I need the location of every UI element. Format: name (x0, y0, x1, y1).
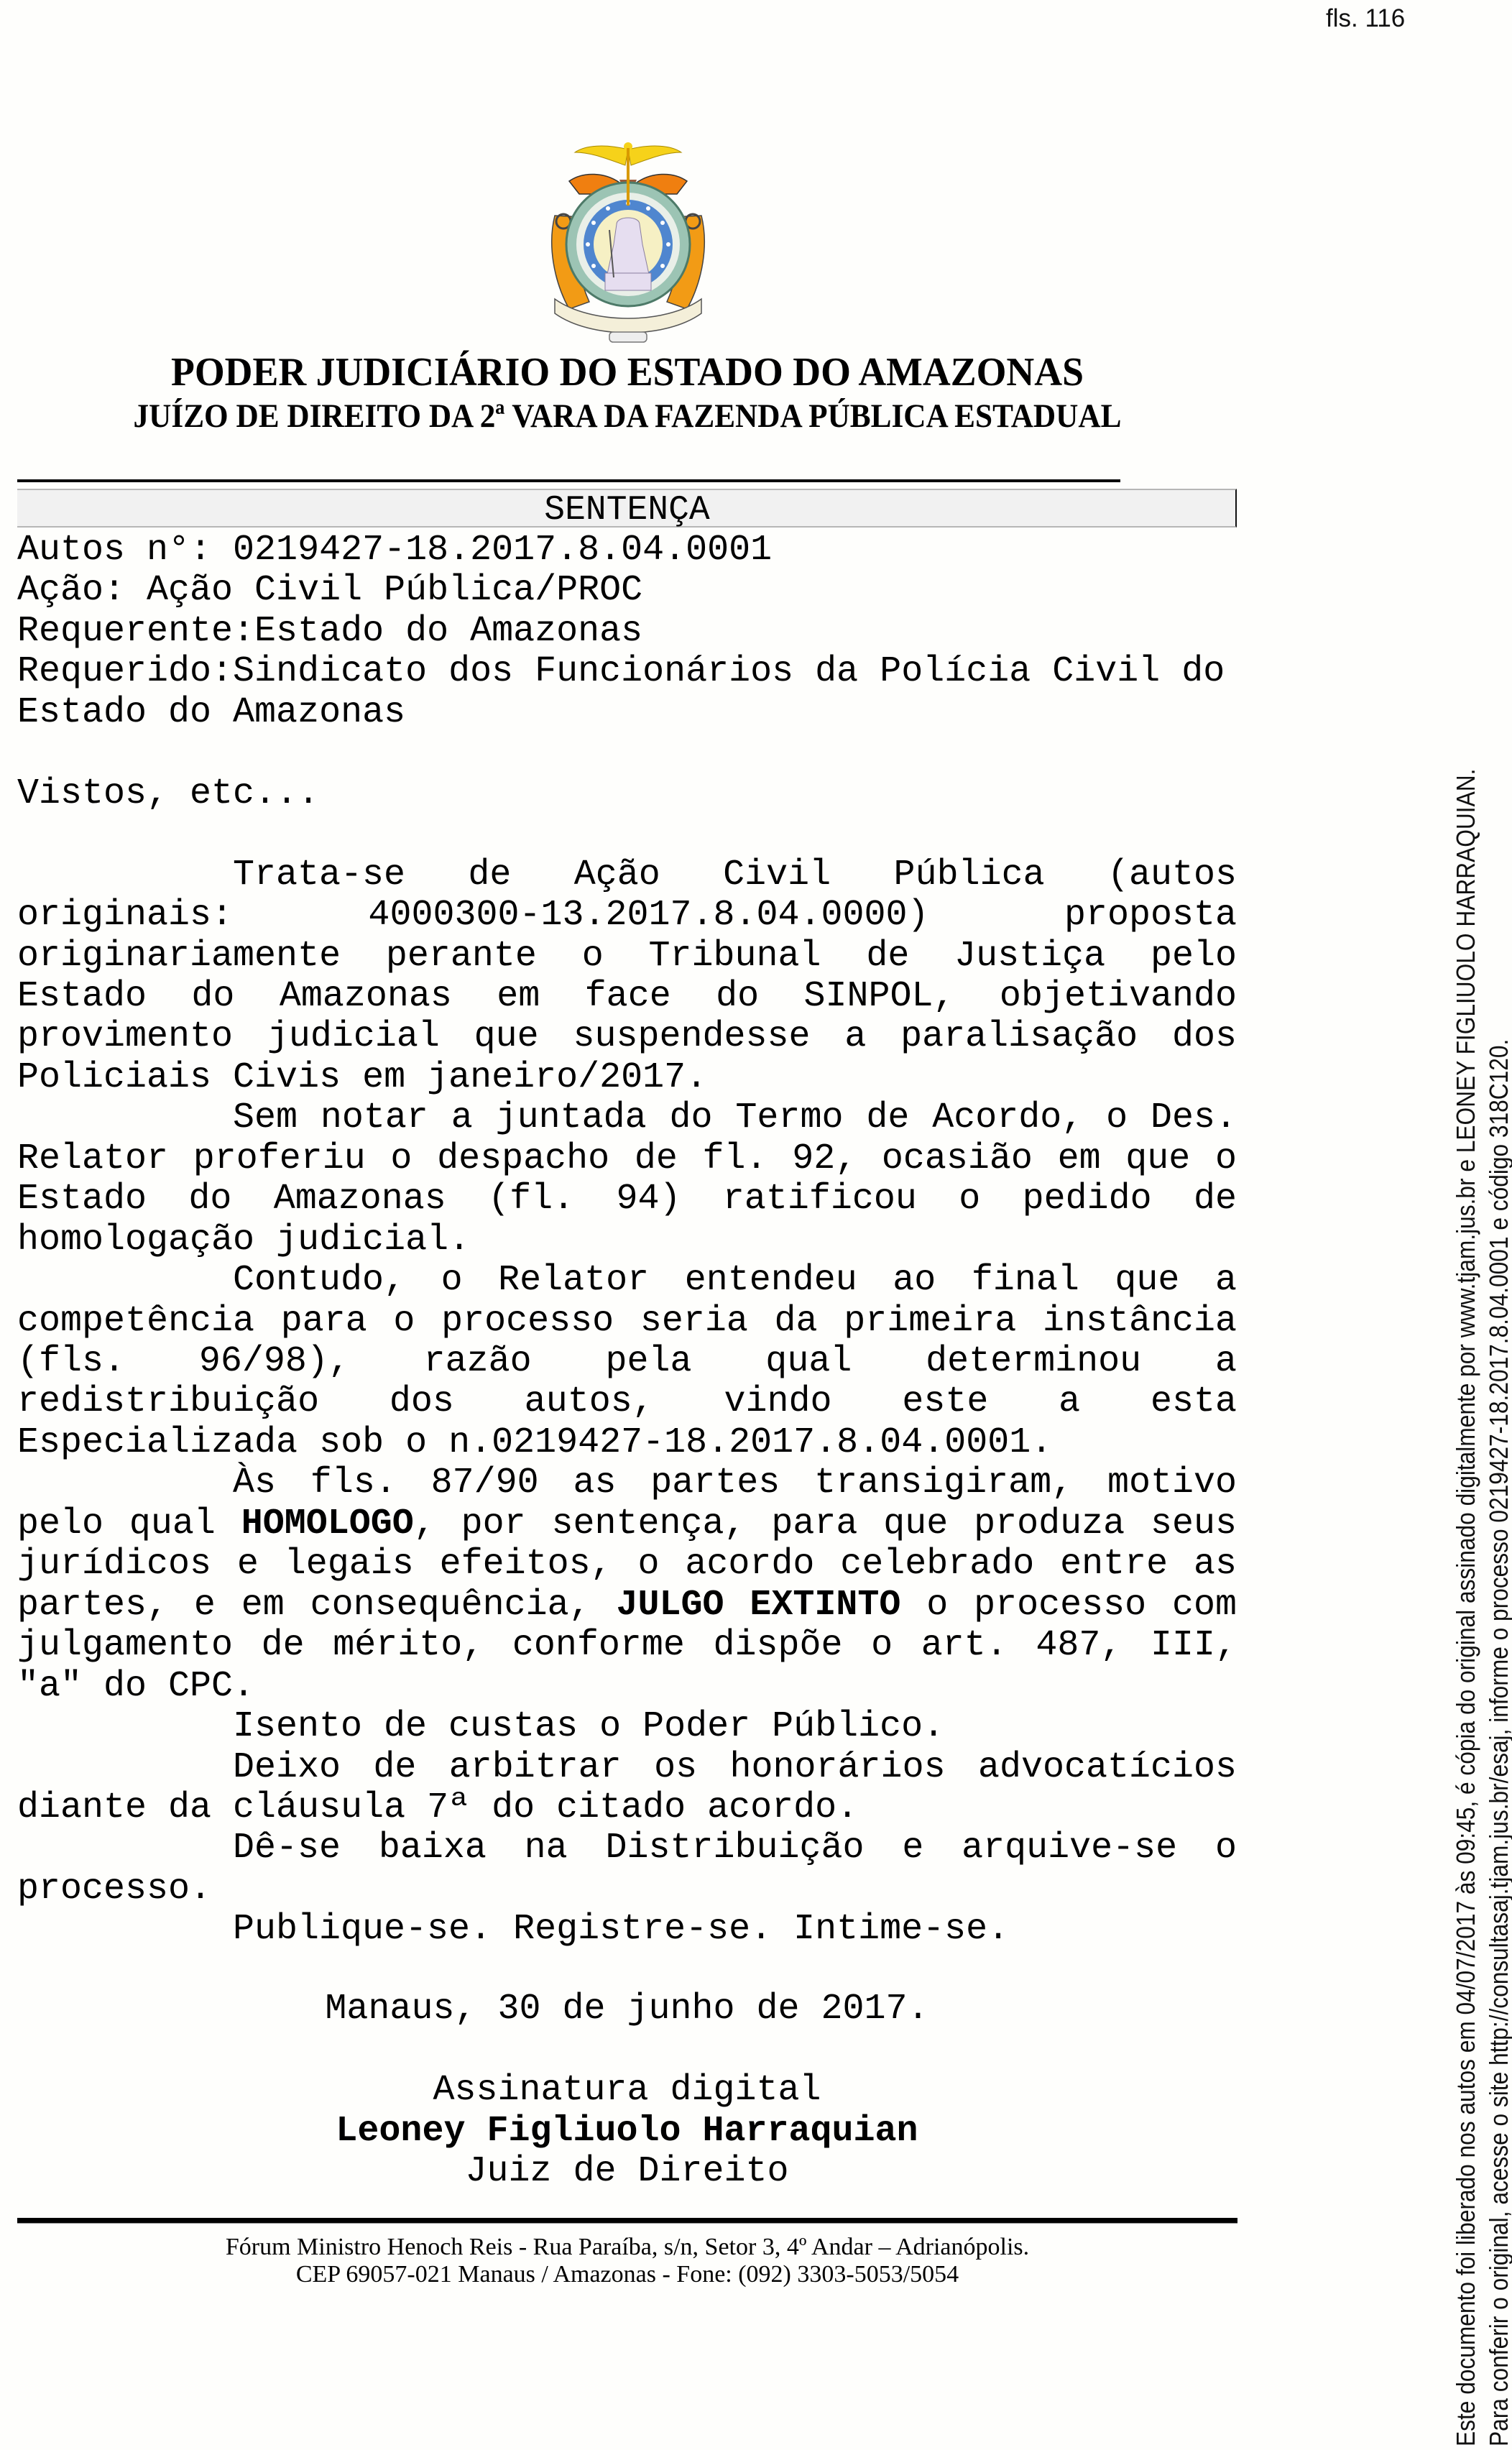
body-line: homologação judicial. (17, 1220, 1237, 1261)
case-defendant-cont: Estado do Amazonas (17, 693, 1237, 733)
court-subtitle: JUÍZO DE DIREITO DA 2ª VARA DA FAZENDA P… (50, 397, 1204, 436)
body-line: partes, e em consequência, JULGO EXTINTO… (17, 1585, 1237, 1626)
body-line: Trata-se de Ação Civil Pública (autos (233, 855, 1237, 895)
document-type-label: SENTENÇA (17, 493, 1237, 528)
case-defendant: Requerido:Sindicato dos Funcionários da … (17, 652, 1237, 692)
case-plaintiff: Requerente:Estado do Amazonas (17, 612, 1237, 652)
body-line: redistribuição dos autos, vindo este a e… (17, 1382, 1237, 1422)
body-line: competência para o processo seria da pri… (17, 1302, 1237, 1342)
page-number: fls. 116 (1326, 4, 1405, 33)
footer-contact: CEP 69057-021 Manaus / Amazonas - Fone: … (17, 2261, 1237, 2288)
emphasis: JULGO EXTINTO (616, 1585, 900, 1626)
body-line: originariamente perante o Tribunal de Ju… (17, 936, 1237, 977)
verification-notice: Para conferir o original, acesse o site … (1486, 1039, 1512, 2446)
body-line: Policiais Civis em janeiro/2017. (17, 1058, 1237, 1098)
body-line: Estado do Amazonas (fl. 94) ratificou o … (17, 1179, 1237, 1220)
body-line: processo. (17, 1869, 1237, 1910)
body-line: Publique-se. Registre-se. Intime-se. (233, 1910, 1237, 1950)
body-line: jurídicos e legais efeitos, o acordo cel… (17, 1544, 1237, 1585)
body-line: (fls. 96/98), razão pela qual determinou… (17, 1342, 1237, 1382)
body-line: Dê-se baixa na Distribuição e arquive-se… (233, 1828, 1237, 1869)
body-line: pelo qual HOMOLOGO, por sentença, para q… (17, 1504, 1237, 1544)
signature-type: Assinatura digital (17, 2071, 1237, 2111)
body-line: Isento de custas o Poder Público. (233, 1707, 1237, 1747)
body-line: diante da cláusula 7ª do citado acordo. (17, 1788, 1237, 1828)
case-action: Ação: Ação Civil Pública/PROC (17, 571, 1237, 611)
body-line: Às fls. 87/90 as partes transigiram, mot… (233, 1463, 1237, 1503)
body-line: "a" do CPC. (17, 1667, 1237, 1707)
body-line: Contudo, o Relator entendeu ao final que… (233, 1261, 1237, 1301)
judge-title: Juiz de Direito (17, 2152, 1237, 2192)
emphasis: HOMOLOGO (241, 1503, 414, 1544)
body-line: Especializada sob o n.0219427-18.2017.8.… (17, 1423, 1237, 1463)
body-line: Estado do Amazonas em face do SINPOL, ob… (17, 977, 1237, 1017)
place-date: Manaus, 30 de junho de 2017. (17, 1989, 1237, 2030)
body-line: julgamento de mérito, conforme dispõe o … (17, 1626, 1237, 1666)
court-emblem-icon (548, 137, 709, 346)
case-number: Autos n°: 0219427-18.2017.8.04.0001 (17, 530, 1237, 571)
body-line: Deixo de arbitrar os honorários advocatí… (233, 1748, 1237, 1788)
header-divider (17, 479, 1120, 482)
body-line: Sem notar a juntada do Termo de Acordo, … (233, 1098, 1237, 1138)
footer-divider (17, 2218, 1237, 2224)
body-line: originais: 4000300-13.2017.8.04.0000) pr… (17, 895, 1237, 936)
digital-signature-notice: Este documento foi liberado nos autos em… (1453, 769, 1479, 2446)
body-line: provimento judicial que suspendesse a pa… (17, 1017, 1237, 1057)
body-line: Relator proferiu o despacho de fl. 92, o… (17, 1139, 1237, 1179)
footer-address: Fórum Ministro Henoch Reis - Rua Paraíba… (17, 2234, 1237, 2261)
opening-formula: Vistos, etc... (17, 774, 1237, 814)
judge-name: Leoney Figliuolo Harraquian (17, 2111, 1237, 2152)
court-title: PODER JUDICIÁRIO DO ESTADO DO AMAZONAS (25, 349, 1230, 395)
